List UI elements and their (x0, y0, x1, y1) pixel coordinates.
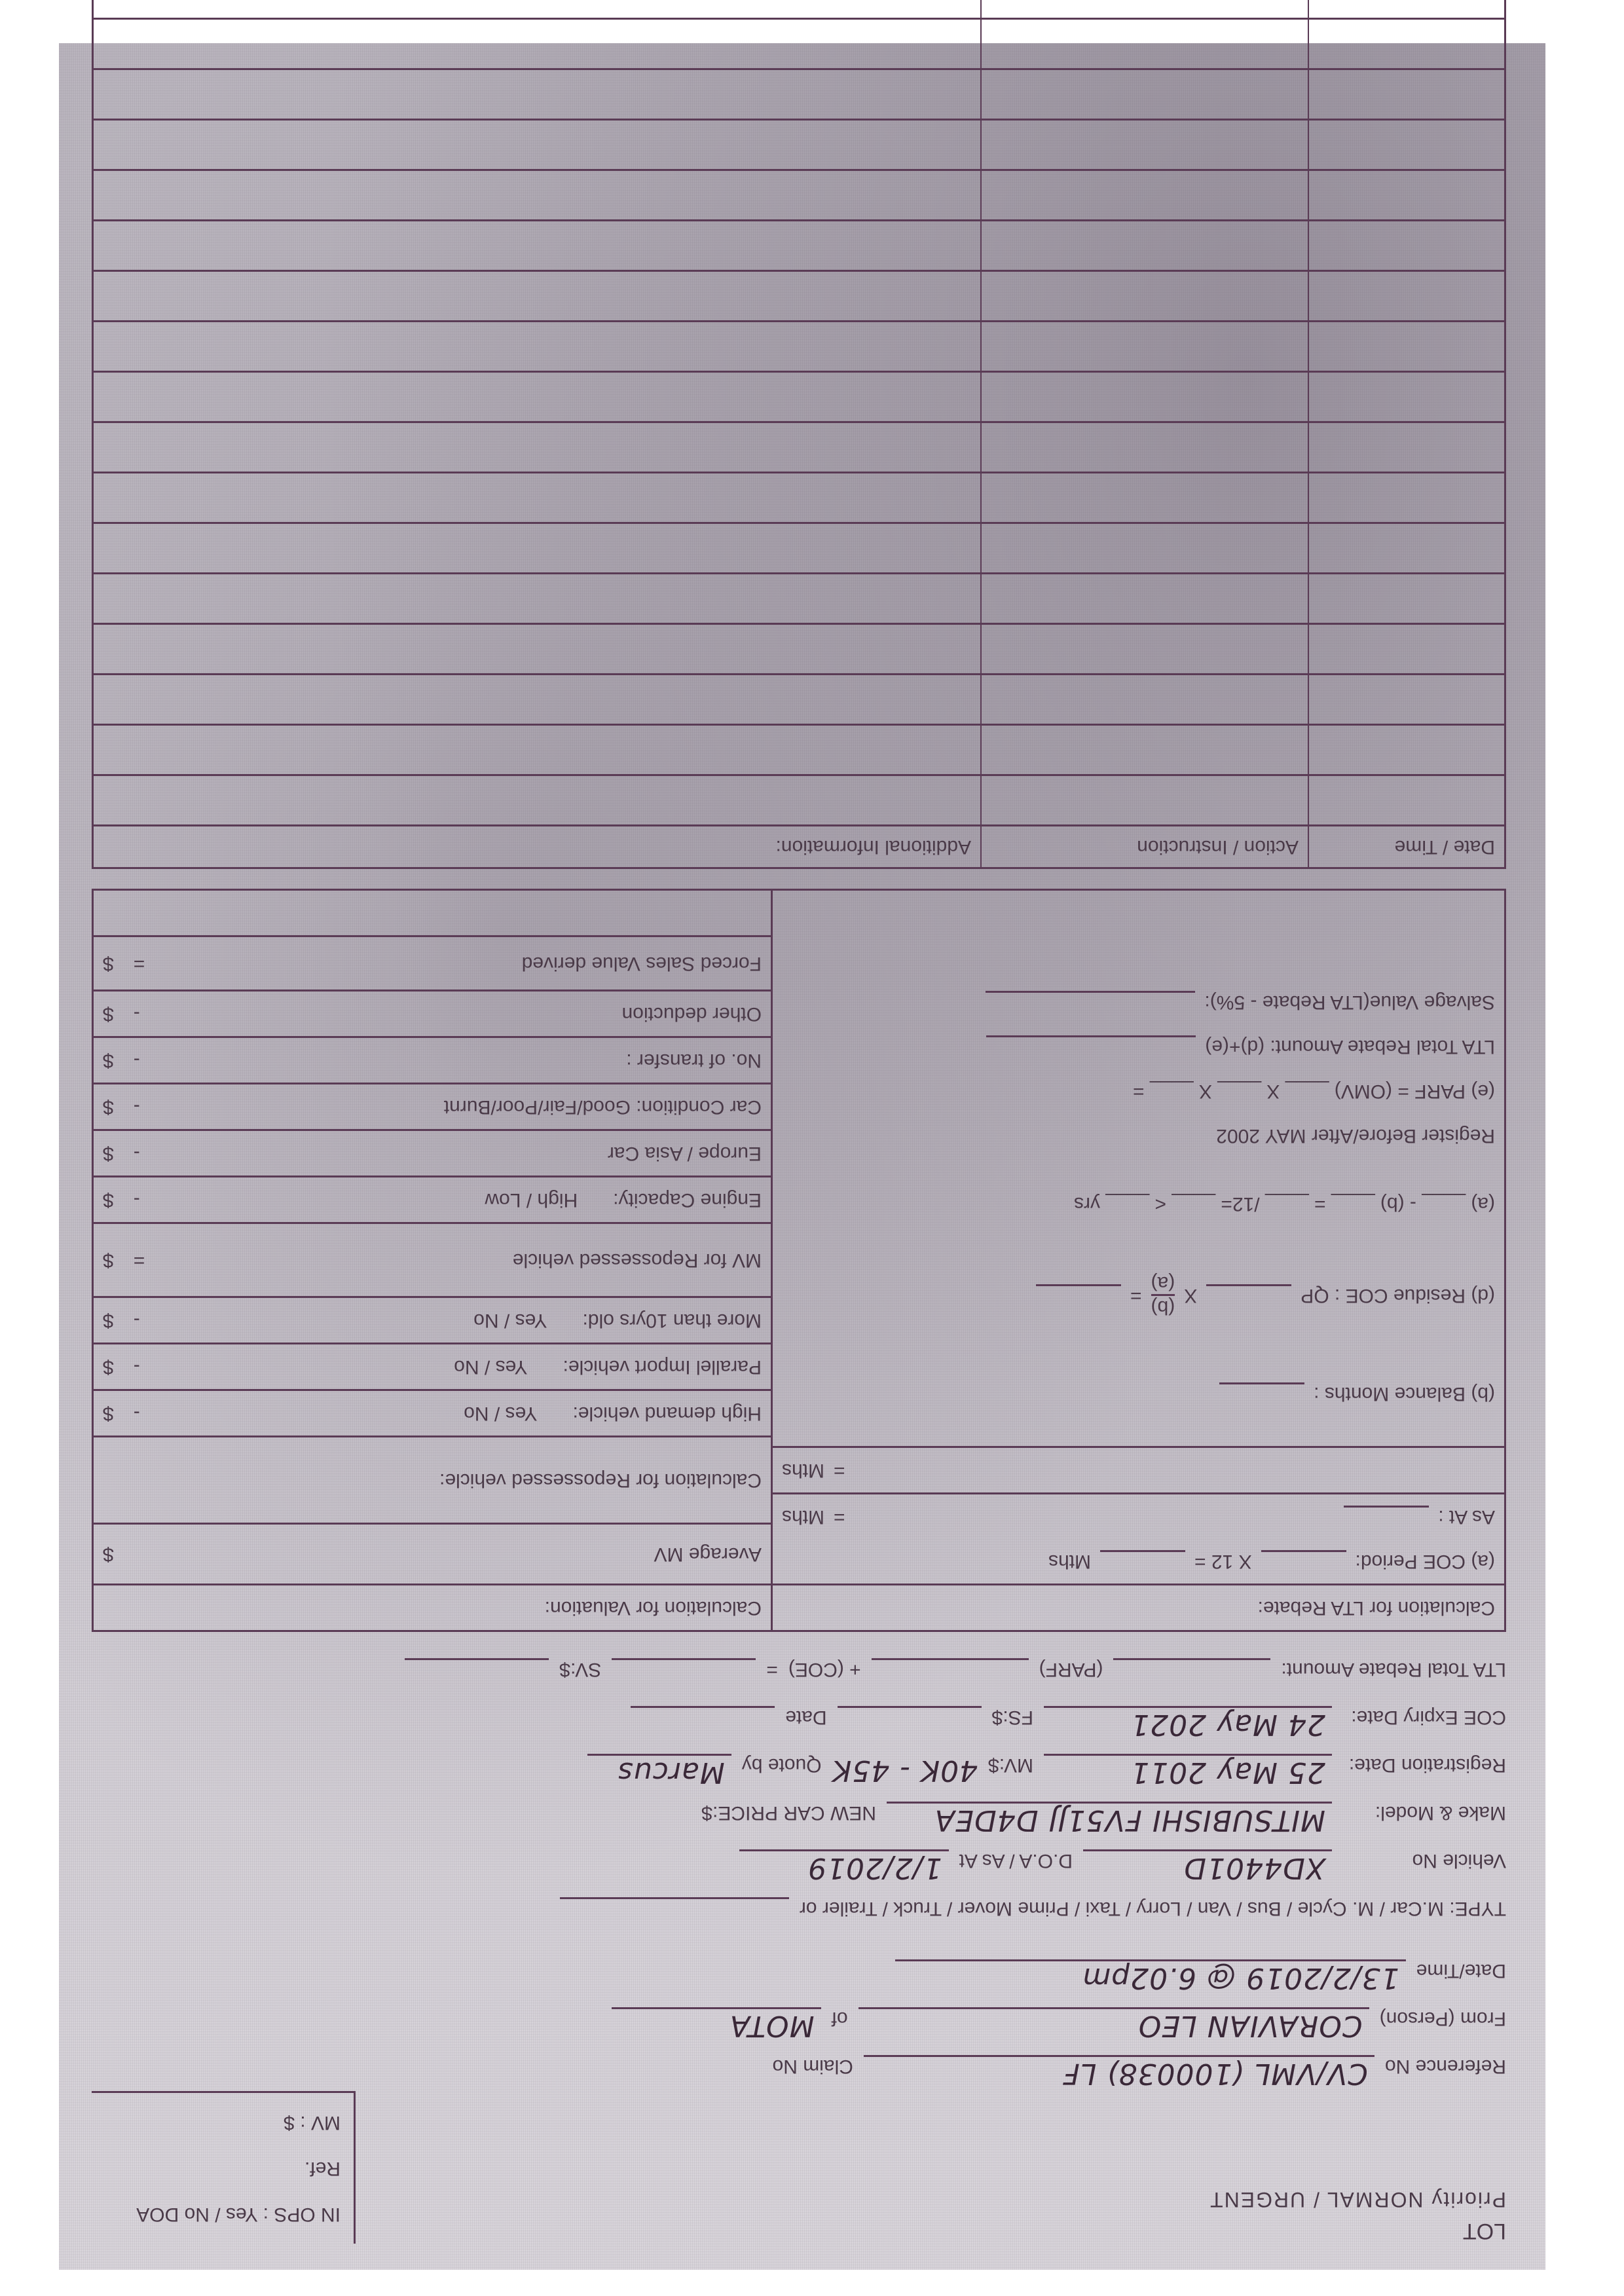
log-row (94, 320, 1504, 371)
log-date-cell[interactable] (1308, 70, 1504, 119)
deduction-row: Other deduction-$ (94, 990, 771, 1036)
coe-period-row: (a) COE Period: X 12 = Mths (773, 1539, 1504, 1583)
log-info-cell[interactable] (94, 625, 980, 673)
row-label: Other deduction (622, 1003, 762, 1025)
row-amount[interactable]: -$ (103, 1402, 181, 1424)
equals-sign: = (834, 1506, 845, 1528)
datetime-row: Date/Time 13/2/2019 @ 6.02pm (92, 1959, 1506, 1995)
log-row (94, 572, 1504, 623)
log-row (94, 673, 1504, 724)
from-person-field[interactable]: CORAVIAN LEO (858, 2007, 1369, 2043)
reference-no-field[interactable]: CV/VML (100038) LF (864, 2055, 1375, 2091)
log-row (94, 774, 1504, 824)
fraction-b-over-a: (b) (a) (1151, 1272, 1175, 1319)
log-row (94, 68, 1504, 119)
log-date-cell[interactable] (1308, 120, 1504, 169)
in-ops-label: IN OPS : Yes / No DOA (105, 2191, 341, 2237)
lta-rebate-title: Calculation for LTA Rebate: (773, 1583, 1504, 1630)
log-date-cell[interactable] (1308, 473, 1504, 522)
row-option[interactable]: High / Low (485, 1189, 578, 1211)
log-date-cell[interactable] (1308, 322, 1504, 371)
log-info-cell[interactable] (94, 0, 980, 18)
multiply-sign: X (1184, 1284, 1197, 1306)
log-action-cell[interactable] (980, 776, 1308, 824)
vehicle-type-options: TYPE: M.Car / M. Cycle / Bus / Van / Lor… (800, 1897, 1506, 1919)
col-action-instruction: Action / Instruction (980, 826, 1308, 867)
fs-label: FS:$ (992, 1706, 1033, 1728)
form-code: LOT (1209, 2218, 1506, 2244)
log-info-cell[interactable] (94, 221, 980, 270)
log-info-cell[interactable] (94, 574, 980, 623)
log-info-cell[interactable] (94, 322, 980, 371)
parf-field[interactable] (1113, 1658, 1270, 1694)
date-time-field[interactable]: 13/2/2019 @ 6.02pm (895, 1959, 1406, 1995)
log-action-cell[interactable] (980, 373, 1308, 421)
residue-coe-label: (d) Residue COE : QP (1301, 1284, 1495, 1306)
log-info-cell[interactable] (94, 272, 980, 320)
col-date-time: Date / Time (1308, 826, 1504, 867)
registration-date-field[interactable]: 25 May 2011 (1044, 1754, 1332, 1790)
coe-expiry-row: COE Expiry Date: 24 May 2021 FS:$ Date (92, 1706, 1506, 1742)
salvage-row: Salvage Value(LTA Rebate - 5%): (773, 980, 1504, 1024)
claim-no-label: Claim No (773, 2055, 853, 2077)
log-info-cell[interactable] (94, 776, 980, 824)
salvage-field[interactable] (986, 991, 1195, 1013)
mv-price-label: MV:$ (988, 1754, 1033, 1776)
doa-field[interactable]: 1/2/2019 (739, 1849, 949, 1885)
log-action-cell[interactable] (980, 726, 1308, 774)
of-company-field[interactable]: MOTA (612, 2007, 821, 2043)
log-info-cell[interactable] (94, 524, 980, 572)
log-row (94, 623, 1504, 673)
repossessed-row: High demand vehicle:Yes / No-$ (94, 1389, 771, 1435)
action-log-table: Date / Time Action / Instruction Additio… (92, 0, 1506, 869)
log-info-cell[interactable] (94, 171, 980, 219)
date-field[interactable] (631, 1706, 775, 1742)
repossessed-rows: High demand vehicle:Yes / No-$Parallel I… (94, 1296, 771, 1435)
coe-field[interactable] (872, 1658, 1029, 1694)
log-info-cell[interactable] (94, 120, 980, 169)
residue-coe-row: (d) Residue COE : QP X (b) (a) = (773, 1250, 1504, 1341)
average-mv-row: Average MV $ (94, 1523, 771, 1583)
log-date-cell[interactable] (1308, 625, 1504, 673)
repossessed-row: More than 10yrs old:Yes / No-$ (94, 1296, 771, 1342)
coe-expiry-label: COE Expiry Date: (1342, 1706, 1506, 1728)
years-row: (a) ____ - (b) ____ = ____ /12= ____ < _… (773, 1158, 1504, 1250)
log-row (94, 18, 1504, 68)
equals-sign: = (1130, 1284, 1142, 1306)
log-action-cell[interactable] (980, 120, 1308, 169)
mv-price-value[interactable]: 40K - 45K (832, 1754, 978, 1787)
coe-expiry-field[interactable]: 24 May 2021 (1044, 1706, 1332, 1742)
date-time-label: Date/Time (1416, 1959, 1506, 1982)
log-date-cell[interactable] (1308, 272, 1504, 320)
registration-row: Registration Date: 25 May 2011 MV:$ 40K … (92, 1754, 1506, 1790)
reference-row: Reference No CV/VML (100038) LF Claim No (92, 2055, 1506, 2091)
make-model-row: Make & Model: MITSUBISHI FV51JJ D4DEA NE… (92, 1802, 1506, 1838)
paper-sheet: LOT Priority NORMAL / URGENT IN OPS : Ye… (59, 43, 1545, 2270)
new-car-price-label: NEW CAR PRICE:$ (701, 1802, 876, 1824)
date-label: Date (785, 1706, 826, 1728)
months-label: Mths (782, 1459, 824, 1481)
log-rows (94, 0, 1504, 824)
registration-date-label: Registration Date: (1342, 1754, 1506, 1776)
repossessed-row: Parallel Import vehicle:Yes / No-$ (94, 1342, 771, 1389)
log-date-cell[interactable] (1308, 776, 1504, 824)
balance-months-field[interactable] (1219, 1383, 1304, 1405)
log-row (94, 169, 1504, 219)
log-action-cell[interactable] (980, 524, 1308, 572)
as-at-label: As At : (1438, 1506, 1495, 1528)
valuation-blank-cell (94, 891, 771, 935)
row-amount[interactable]: -$ (103, 1309, 181, 1331)
log-row (94, 724, 1504, 774)
log-action-cell[interactable] (980, 0, 1308, 18)
vehicle-row: Vehicle No XD4401D D.O.A / As At 1/2/201… (92, 1849, 1506, 1885)
make-model-label: Make & Model: (1342, 1802, 1506, 1824)
log-action-cell[interactable] (980, 675, 1308, 724)
row-amount[interactable]: -$ (103, 1003, 181, 1025)
row-amount[interactable]: -$ (103, 1142, 181, 1164)
as-at-row-2: = Mths (773, 1446, 1504, 1492)
col-additional-info: Additional Information: (94, 826, 980, 867)
coe-period-label: (a) COE Period: (1356, 1550, 1495, 1572)
log-info-cell[interactable] (94, 70, 980, 119)
months-label: Mths (782, 1506, 824, 1528)
deduction-row: Car Condition: Good/Fair/Poor/Burnt-$ (94, 1083, 771, 1129)
row-option[interactable]: Yes / No (464, 1402, 537, 1424)
log-info-cell[interactable] (94, 473, 980, 522)
log-date-cell[interactable] (1308, 0, 1504, 18)
row-amount[interactable]: -$ (103, 1189, 181, 1211)
coe-months-field[interactable] (1100, 1551, 1185, 1572)
scanned-page: LOT Priority NORMAL / URGENT IN OPS : Ye… (0, 0, 1624, 2296)
valuation-column: Calculation for Valuation: Average MV $ … (94, 891, 771, 1630)
lta-total-calc-field[interactable] (986, 1036, 1196, 1058)
log-row (94, 371, 1504, 421)
row-label: Engine Capacity: (613, 1189, 762, 1211)
row-amount[interactable]: -$ (103, 1356, 181, 1378)
deduction-rows: Engine Capacity:High / Low-$Europe / Asi… (94, 990, 771, 1222)
quote-by-field[interactable]: Marcus (587, 1754, 731, 1790)
type-row: TYPE: M.Car / M. Cycle / Bus / Van / Lor… (92, 1897, 1506, 1933)
lta-total-field[interactable] (612, 1658, 756, 1694)
ref-label: Ref. (105, 2145, 341, 2191)
fs-field[interactable] (838, 1706, 982, 1742)
log-action-cell[interactable] (980, 423, 1308, 472)
balance-months-row: (b) Balance Months : (773, 1341, 1504, 1446)
make-model-field[interactable]: MITSUBISHI FV51JJ D4DEA (887, 1802, 1332, 1838)
sv-label: SV:$ (559, 1658, 601, 1680)
log-row (94, 421, 1504, 472)
qp-field[interactable] (1206, 1285, 1291, 1306)
deduction-row: No. of transfer :-$ (94, 1036, 771, 1083)
log-action-cell[interactable] (980, 473, 1308, 522)
as-at-row: As At : = Mths (773, 1492, 1504, 1539)
reference-no-label: Reference No (1385, 2055, 1506, 2077)
parf-label: (PARF) (1039, 1658, 1103, 1680)
row-option[interactable]: Yes / No (473, 1309, 547, 1331)
row-option[interactable]: Yes / No (454, 1356, 527, 1378)
doa-label: D.O.A / As At (959, 1849, 1073, 1872)
log-date-cell[interactable] (1308, 423, 1504, 472)
log-action-cell[interactable] (980, 322, 1308, 371)
repossessed-title: Calculation for Repossessed vehicle: (94, 1435, 771, 1523)
from-person-label: From (Person) (1380, 2007, 1506, 2029)
log-date-cell[interactable] (1308, 574, 1504, 623)
coe-label: + (COE) (788, 1658, 861, 1680)
ops-box: IN OPS : Yes / No DOA Ref. MV : $ (92, 2091, 356, 2244)
log-row (94, 119, 1504, 169)
parf-row: (e) PARF = (OMV) ____ X ____ X ____ = (773, 1069, 1504, 1113)
log-info-cell[interactable] (94, 20, 980, 68)
residue-coe-field[interactable] (1036, 1285, 1121, 1306)
x12-label: X 12 = (1194, 1550, 1252, 1572)
months-label: Mths (1048, 1550, 1091, 1572)
row-label: High demand vehicle: (572, 1402, 762, 1424)
row-label: More than 10yrs old: (583, 1309, 762, 1331)
valuation-form: LOT Priority NORMAL / URGENT IN OPS : Ye… (92, 0, 1506, 2244)
row-label: Parallel Import vehicle: (563, 1356, 762, 1378)
forced-sales-row: Forced Sales Value derived =$ (94, 935, 771, 990)
log-action-cell[interactable] (980, 221, 1308, 270)
equals-sign: = (834, 1459, 845, 1481)
valuation-title: Calculation for Valuation: (94, 1583, 771, 1630)
log-info-cell[interactable] (94, 675, 980, 724)
lta-total-label: LTA Total Rebate Amount: (1281, 1658, 1506, 1680)
balance-months-label: (b) Balance Months : (1314, 1382, 1495, 1405)
log-action-cell[interactable] (980, 574, 1308, 623)
vehicle-type-other-field[interactable] (560, 1897, 789, 1933)
deduction-row: Engine Capacity:High / Low-$ (94, 1176, 771, 1222)
log-action-cell[interactable] (980, 70, 1308, 119)
equals-sign: = (766, 1658, 778, 1680)
priority-label: Priority NORMAL / URGENT (1209, 2187, 1506, 2212)
of-label: of (832, 2007, 848, 2029)
log-date-cell[interactable] (1308, 675, 1504, 724)
log-date-cell[interactable] (1308, 524, 1504, 572)
log-row (94, 270, 1504, 320)
vehicle-no-field[interactable]: XD4401D (1083, 1849, 1332, 1885)
mv-repossessed-row: MV for Repossessed vehicle =$ (94, 1222, 771, 1296)
row-label: Car Condition: Good/Fair/Poor/Burnt (444, 1096, 762, 1118)
vehicle-no-label: Vehicle No (1342, 1849, 1506, 1872)
log-info-cell[interactable] (94, 423, 980, 472)
as-at-field[interactable] (1344, 1506, 1429, 1528)
calculation-section: Calculation for LTA Rebate: (a) COE Peri… (92, 889, 1506, 1632)
sv-field[interactable] (405, 1658, 549, 1694)
row-label: Europe / Asia Car (608, 1142, 762, 1164)
log-row (94, 0, 1504, 18)
log-action-cell[interactable] (980, 20, 1308, 68)
log-header: Date / Time Action / Instruction Additio… (94, 824, 1504, 867)
mv-label: MV : $ (105, 2100, 341, 2145)
lta-total-calc-row: LTA Total Rebate Amount: (d)+(e) (773, 1024, 1504, 1069)
coe-period-field[interactable] (1261, 1551, 1346, 1572)
lta-rebate-column: Calculation for LTA Rebate: (a) COE Peri… (771, 891, 1504, 1630)
deduction-row: Europe / Asia Car-$ (94, 1129, 771, 1176)
row-label: No. of transfer : (626, 1049, 762, 1071)
lta-total-row: LTA Total Rebate Amount: (PARF) + (COE) … (92, 1658, 1506, 1694)
log-row (94, 522, 1504, 572)
log-action-cell[interactable] (980, 171, 1308, 219)
log-date-cell[interactable] (1308, 373, 1504, 421)
log-row (94, 219, 1504, 270)
log-date-cell[interactable] (1308, 726, 1504, 774)
log-row (94, 472, 1504, 522)
log-date-cell[interactable] (1308, 171, 1504, 219)
row-amount[interactable]: -$ (103, 1096, 181, 1118)
register-row: Register Before/After MAY 2002 (773, 1113, 1504, 1158)
log-date-cell[interactable] (1308, 221, 1504, 270)
quote-by-label: Quote by (742, 1754, 822, 1776)
log-action-cell[interactable] (980, 625, 1308, 673)
log-info-cell[interactable] (94, 726, 980, 774)
currency-sign: $ (103, 1543, 114, 1565)
row-amount[interactable]: -$ (103, 1049, 181, 1071)
log-info-cell[interactable] (94, 373, 980, 421)
log-date-cell[interactable] (1308, 20, 1504, 68)
log-action-cell[interactable] (980, 272, 1308, 320)
from-row: From (Person) CORAVIAN LEO of MOTA (92, 2007, 1506, 2043)
